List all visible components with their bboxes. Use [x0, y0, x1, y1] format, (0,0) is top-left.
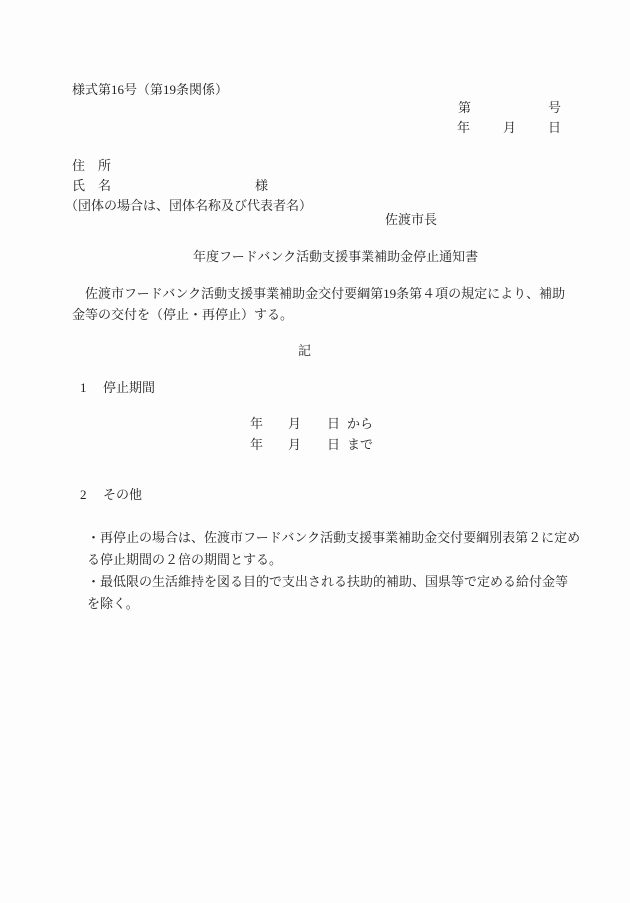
- address-label: 住 所: [72, 158, 111, 174]
- document-title: 年度フードバンク活動支援事業補助金停止通知書: [193, 249, 478, 265]
- body-paragraph-line-1: 佐渡市フードバンク活動支援事業補助金交付要綱第19条第４項の規定により、補助: [72, 286, 565, 302]
- name-label: 氏 名: [72, 178, 111, 194]
- period-from-day-label: 日: [327, 416, 340, 432]
- date-day-label: 日: [548, 120, 561, 136]
- org-note: （団体の場合は、団体名称及び代表者名）: [65, 198, 312, 214]
- honorific-label: 様: [255, 178, 268, 194]
- section1-heading: 停止期間: [103, 380, 155, 396]
- date-year-label: 年: [457, 120, 470, 136]
- doc-number-prefix: 第: [458, 100, 471, 116]
- period-from-suffix: から: [347, 416, 373, 432]
- period-to-day-label: 日: [327, 437, 340, 453]
- section2-number: 2: [80, 487, 87, 503]
- note-line-3: ・最低限の生活維持を図る目的で支出される扶助的補助、国県等で定める給付金等: [87, 574, 568, 590]
- period-to-suffix: まで: [347, 437, 373, 453]
- ki-marker: 記: [298, 343, 311, 359]
- section1-number: 1: [80, 380, 87, 396]
- document-page: 様式第16号（第19条関係） 第 号 年 月 日 住 所 氏 名 様 （団体の場…: [0, 0, 630, 903]
- period-from-line: 年 月 日 から: [0, 416, 630, 432]
- period-to-month-label: 月: [288, 437, 301, 453]
- doc-number-line: 第 号: [0, 100, 630, 116]
- section1-heading-line: 1 停止期間: [0, 380, 630, 396]
- body-paragraph-line-2: 金等の交付を（停止・再停止）する。: [72, 307, 293, 323]
- period-from-month-label: 月: [288, 416, 301, 432]
- note-line-4: を除く。: [87, 596, 139, 612]
- sender-title: 佐渡市長: [385, 212, 437, 228]
- period-from-year-label: 年: [250, 416, 263, 432]
- form-number: 様式第16号（第19条関係）: [72, 82, 228, 98]
- note-line-2: る停止期間の２倍の期間とする。: [87, 552, 282, 568]
- note-line-1: ・再停止の場合は、佐渡市フードバンク活動支援事業補助金交付要綱別表第２に定め: [87, 530, 580, 546]
- date-line: 年 月 日: [0, 120, 630, 136]
- date-month-label: 月: [503, 120, 516, 136]
- period-to-line: 年 月 日 まで: [0, 437, 630, 453]
- section2-heading-line: 2 その他: [0, 487, 630, 503]
- period-to-year-label: 年: [250, 437, 263, 453]
- section2-heading: その他: [103, 487, 142, 503]
- doc-number-suffix: 号: [548, 100, 561, 116]
- name-line: 氏 名 様: [0, 178, 630, 194]
